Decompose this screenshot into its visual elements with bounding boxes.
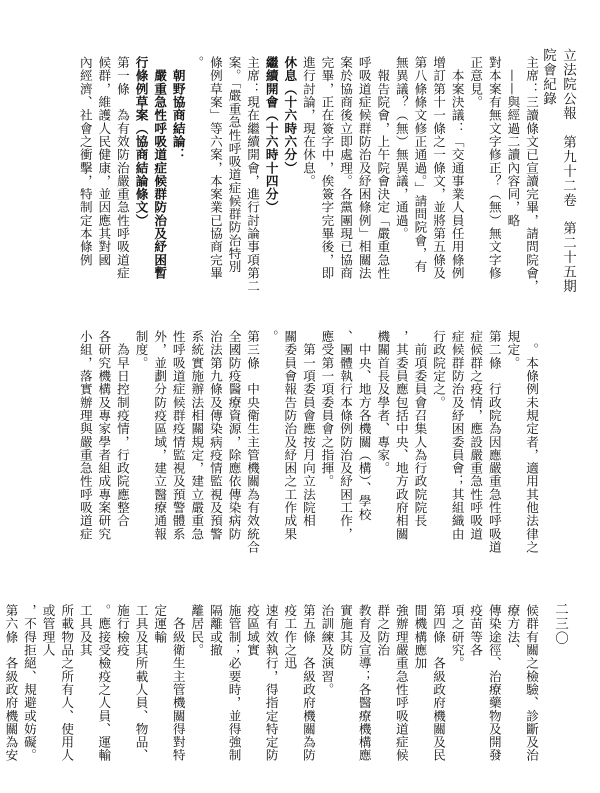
publication-title: 立法院公報 xyxy=(558,48,578,121)
text-column: 繼續開會（十六時十四分） xyxy=(261,56,280,324)
text-column: 症候群防治及紓困委員會；其組織由 xyxy=(447,330,466,598)
issue-label: 第二十五期 xyxy=(558,221,578,294)
text-column: 各研究機構及專家學者組成專案研究 xyxy=(94,330,113,598)
text-column: 本案決議：「交通事業人員任用條例 xyxy=(447,56,466,324)
text-column: 為早日控制疫情，行政院應整合 xyxy=(112,330,131,598)
text-column: 傳染途徑、治療藥物及開發疫苗等各 xyxy=(466,604,503,772)
text-column: 所載物品之所有人、使用人或管理人 xyxy=(38,604,75,772)
text-column: 。本條例未規定者，適用其他法律之 xyxy=(521,330,540,598)
text-column: 工具及其所載人員、物品、施行檢疫 xyxy=(112,604,149,772)
text-column: 進行討論，現在休息。 xyxy=(298,56,317,324)
text-band-top: 主席：三讀條文已宣讀完畢，請問院會， ——與經過二讀內容同，略對本案有無文字修正… xyxy=(40,56,540,324)
text-column: 、團體執行本條例防治及紓困工作， xyxy=(335,330,354,598)
text-column: 第八條條文修正通過。」請問院會，有 xyxy=(410,56,429,324)
text-column: 規定。 xyxy=(503,330,522,598)
text-column: ，不得拒絕、規避或妨礙。 xyxy=(19,604,38,772)
text-column: 項之研究。 xyxy=(447,604,466,772)
text-column: ——與經過二讀內容同，略 xyxy=(503,56,522,324)
text-column: 增訂第十一條之一條文，並將第五條及 xyxy=(428,56,447,324)
text-column: 速有效執行，得指定特定防疫區域實 xyxy=(243,604,280,772)
text-column: 治訓練及演習。 xyxy=(317,604,336,772)
text-column: 第三條 中央衛生主管機關為有效統合 xyxy=(243,330,262,598)
text-column: 正意見。 xyxy=(466,56,485,324)
text-band-bottom: 候群有關之檢驗、診斷及治療方法、傳染途徑、治療藥物及開發疫苗等各項之研究。第四條… xyxy=(40,604,540,772)
text-column: 休息（十六時六分） xyxy=(280,56,299,324)
text-column: 應受第一項委員會之指揮。 xyxy=(317,330,336,598)
text-column: 內經濟、社會之衝擊，特制定本條例 xyxy=(75,56,94,324)
text-column: 報告院會，上午院會決定「嚴重急性 xyxy=(373,56,392,324)
text-column: 治法第九條及傳染病疫情監視及預警 xyxy=(205,330,224,598)
section-label: 院會紀錄 xyxy=(538,48,558,106)
text-column: 離居民。 xyxy=(187,604,206,772)
text-column: 候群，維護人民健康，並因應其對國 xyxy=(94,56,113,324)
text-column: 症候群之疫情，應設嚴重急性呼吸道 xyxy=(466,330,485,598)
text-column: 前項委員會召集人為行政院院長 xyxy=(410,330,429,598)
text-band-middle: 。本條例未規定者，適用其他法律之規定。第二條 行政院為因應嚴重急性呼吸道症候群之… xyxy=(40,330,540,598)
page-number: 二三〇 xyxy=(550,602,570,646)
text-column: 施管制；必要時，並得強制隔離或撤 xyxy=(205,604,242,772)
text-column: 中央、地方各機關（構）、學校 xyxy=(354,330,373,598)
text-column: 教育及宣導；各醫療機構應實施其防 xyxy=(335,604,372,772)
text-column: 候群有關之檢驗、診斷及治療方法、 xyxy=(503,604,540,772)
text-column: 強辦理嚴重急性呼吸道症候群之防治 xyxy=(373,604,410,772)
volume-label: 第九十二卷 xyxy=(558,135,578,208)
text-column: 機關首長及學者、專家。 xyxy=(373,330,392,598)
text-column: 第一條 為有效防治嚴重急性呼吸道症 xyxy=(112,56,131,324)
text-column: 外，並劃分防疫區域，建立醫療通報 xyxy=(150,330,169,598)
text-column: 第四條 各級政府機關及民間機構應加 xyxy=(410,604,447,772)
text-column: 行政院定之。 xyxy=(428,330,447,598)
running-header: 立法院公報第九十二卷第二十五期院會紀錄 xyxy=(558,48,578,348)
text-column: ，其委員應包括中央、地方政府相關 xyxy=(391,330,410,598)
text-column: 第二條 行政院為因應嚴重急性呼吸道 xyxy=(484,330,503,598)
text-column: 各級衛生主管機關得對特定運輸 xyxy=(150,604,187,772)
text-column: 第一項委員會應按月向立法院相 xyxy=(298,330,317,598)
text-column: 。 xyxy=(261,330,280,598)
text-column: 行條例草案（協商結論條文） xyxy=(131,56,150,324)
text-column: 全國防疫醫療資源，除應依傳染病防 xyxy=(224,330,243,598)
text-column: 案於協商後立即處理。各黨團現已協商 xyxy=(335,56,354,324)
text-column: 制度。 xyxy=(131,330,150,598)
text-column: 性呼吸道症候群疫情監視及預警體系 xyxy=(168,330,187,598)
text-column: 對本案有無文字修正？（無）無文字修 xyxy=(484,56,503,324)
text-column: 完畢，正在簽字中，俟簽字完畢後，即 xyxy=(317,56,336,324)
text-column: 第六條 各級政府機關為安置病人或與 xyxy=(0,604,19,772)
text-column: 朝野協商結論： xyxy=(168,56,187,324)
text-column: 關委員會報告防治及紓困之工作成果 xyxy=(280,330,299,598)
text-column: 第五條 各級政府機關為防疫工作之迅 xyxy=(280,604,317,772)
text-column: 條例草案」等六案，本案業已協商完畢 xyxy=(205,56,224,324)
text-column: 無異議？（無）無異議，通過。 xyxy=(391,56,410,324)
text-column: 小組，落實辦理與嚴重急性呼吸道症 xyxy=(75,330,94,598)
text-column: 呼吸道症候群防治及紓困條例」相關法 xyxy=(354,56,373,324)
text-column: 主席：三讀條文已宣讀完畢，請問院會， xyxy=(521,56,540,324)
text-column: 系統實施辦法相關規定，建立嚴重急 xyxy=(187,330,206,598)
text-column: 。應接受檢疫之人員、運輸工具及其 xyxy=(75,604,112,772)
text-column: 主席：現在繼續開會，進行討論事項第二 xyxy=(243,56,262,324)
text-column: 案。「嚴重急性呼吸道症候群防治特別 xyxy=(224,56,243,324)
text-column: 嚴重急性呼吸道症候群防治及紓困暫 xyxy=(150,56,169,324)
text-column: 。 xyxy=(187,56,206,324)
